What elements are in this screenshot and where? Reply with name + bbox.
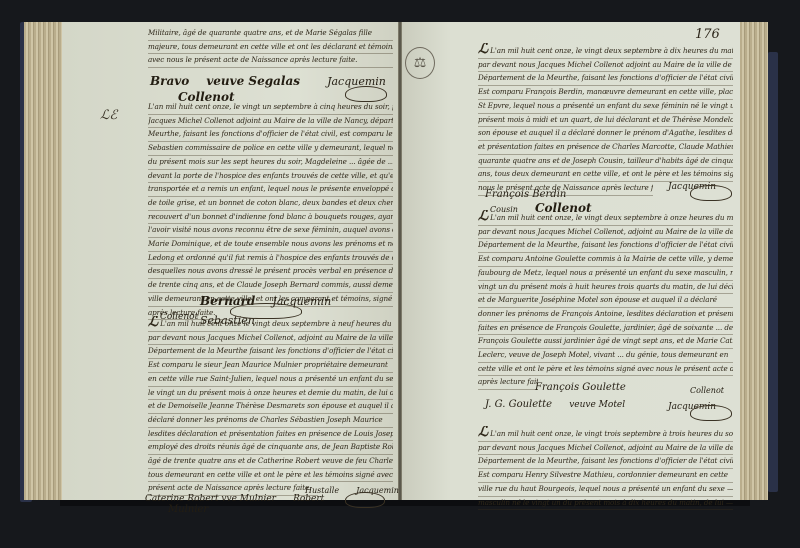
text-line: St Epvre, lequel nous a présenté un enfa… — [478, 100, 733, 114]
text: L'an mil huit cent onze, le vingt deux s… — [490, 46, 733, 55]
text-line: avec nous le présent acte de Naissance a… — [148, 54, 393, 68]
text-line: Militaire, âgé de quarante quatre ans, e… — [148, 27, 393, 41]
text-line: transportée et a remis un enfant, lequel… — [148, 183, 393, 197]
initial-letter: ℒ — [148, 316, 158, 330]
text-line: le vingt un du présent mois à onze heure… — [148, 387, 393, 401]
text-line: ℒ L'an mil huit cent onze le vingt deux … — [148, 316, 393, 332]
left-entry-2-text: L'an mil huit cent onze, le vingt un sep… — [148, 101, 393, 320]
text-line: vingt un du présent mois à huit heures t… — [478, 281, 733, 295]
text-line: employé des droits réunis âgé de cinquan… — [148, 441, 393, 455]
text-line: devant la porte de l'hospice des enfants… — [148, 170, 393, 184]
signature-flourish — [345, 86, 387, 102]
signature: Hustalle — [305, 486, 339, 495]
text-line: Est comparu Antoine Goulette commis à la… — [478, 253, 733, 267]
text-line: par devant nous Jacques Michel Collenot,… — [478, 226, 733, 240]
initial-letter: ℒ — [478, 426, 488, 440]
text-line: ℒ L'an mil huit cent onze, le vingt deux… — [478, 43, 733, 59]
text-line: du présent mois sur les sept heures du s… — [148, 156, 393, 170]
text-line: faubourg de Metz, lequel nous a présenté… — [478, 267, 733, 281]
initial-letter: ℒ — [478, 210, 488, 224]
text-line: faites en présence de François Goulette,… — [478, 322, 733, 336]
text: L'an mil huit cent onze, le vingt deux s… — [490, 213, 733, 222]
text-line: majeure, tous demeurant en cette ville e… — [148, 41, 393, 55]
text-line: Département de la Meurthe, faisant les f… — [478, 239, 733, 253]
left-entry-1-text: Militaire, âgé de quarante quatre ans, e… — [148, 27, 393, 68]
text-line: Est comparu le sieur Jean Maurice Mulnie… — [148, 359, 393, 373]
text-line: Jacques Michel Collenot adjoint au Maire… — [148, 115, 393, 129]
text-line: recouvert d'un bonnet d'indienne fond bl… — [148, 211, 393, 225]
text-line: desquelles nous avons dressé le présent … — [148, 265, 393, 279]
folio-number: 176 — [695, 27, 720, 42]
text-line: présent mois à midi et un quart, de lui … — [478, 114, 733, 128]
signature: veuve Motel — [569, 400, 625, 410]
text-line: Département de la Meurthe, faisant les f… — [478, 72, 733, 86]
initial-letter: ℒ — [478, 43, 488, 57]
text-line: donner les prénoms de François Antoine, … — [478, 308, 733, 322]
left-entry-3-text: ℒ L'an mil huit cent onze le vingt deux … — [148, 316, 393, 496]
seal-icon: ⚖ — [405, 47, 435, 79]
text: L'an mil huit cent onze le vingt deux se… — [160, 319, 393, 328]
text-line: Ledong et ordonné qu'il fut remis à l'ho… — [148, 252, 393, 266]
right-entry-1-text: ℒ L'an mil huit cent onze, le vingt deux… — [478, 43, 733, 196]
signature-mulnier: Mulnier — [168, 497, 220, 516]
text-line: Est comparu François Berdin, manœuvre de… — [478, 86, 733, 100]
text: L'an mil huit cent onze, le vingt trois … — [490, 429, 733, 438]
text-line: déclaré donner les prénoms de Charles Sé… — [148, 414, 393, 428]
signature: Mulnier — [168, 504, 208, 515]
page-edges-left — [24, 22, 62, 500]
right-entry-3-text: ℒ L'an mil huit cent onze, le vingt troi… — [478, 426, 733, 510]
book-cover-right — [768, 52, 778, 492]
text-line: son épouse et auquel il a déclaré donner… — [478, 127, 733, 141]
text-line: par devant nous Jacques Michel Collenot,… — [148, 332, 393, 346]
book-gutter — [398, 22, 402, 502]
text-line: Département de la Meurthe, faisant les f… — [478, 455, 733, 469]
text-line: masculin né le vingt un du présent mois … — [478, 497, 733, 511]
right-entry-2-signatures: J. G. Goulette veuve Motel — [485, 392, 637, 411]
margin-note: ℒℰ — [100, 108, 117, 123]
right-entry-2-text: ℒ L'an mil huit cent onze, le vingt deux… — [478, 210, 733, 390]
text-line: par devant nous Jacques Michel Collenot … — [478, 59, 733, 73]
text-line: Marie Dominique, et de toute ensemble no… — [148, 238, 393, 252]
text-line: Est comparu Henry Silvestre Mathieu, cor… — [478, 469, 733, 483]
text-line: et présentation faites en présence de Ch… — [478, 141, 733, 155]
text-line: ville rue du haut Bourgeois, lequel nous… — [478, 483, 733, 497]
page-edges-right — [740, 22, 768, 500]
text-line: quarante quatre ans et de Joseph Cousin,… — [478, 155, 733, 169]
text-line: ℒ L'an mil huit cent onze, le vingt troi… — [478, 426, 733, 442]
text-line: ℒ L'an mil huit cent onze, le vingt deux… — [478, 210, 733, 226]
text-line: Leclerc, veuve de Joseph Motel, vivant .… — [478, 349, 733, 363]
signature: J. G. Goulette — [485, 399, 552, 410]
text-line: Département de la Meurthe faisant les fo… — [148, 345, 393, 359]
text-line: Meurthe, faisant les fonctions d'officie… — [148, 128, 393, 142]
text-line: de toile grise, et un bonnet de coton bl… — [148, 197, 393, 211]
text-line: et de Marguerite Joséphine Motel son épo… — [478, 294, 733, 308]
text-line: et de Demoiselle Jeanne Thérèse Desmaret… — [148, 400, 393, 414]
signature-flourish — [690, 405, 732, 421]
text-line: L'an mil huit cent onze, le vingt un sep… — [148, 101, 393, 115]
text-line: après lecture faite. — [478, 376, 538, 390]
text-line: François Goulette aussi jardinier âgé de… — [478, 335, 733, 349]
text-line: en cette ville rue Saint-Julien, lequel … — [148, 373, 393, 387]
text-line: Sebastien commissaire de police en cette… — [148, 142, 393, 156]
signature-flourish — [690, 185, 732, 201]
text-line: lesdites déclaration et présentation fai… — [148, 428, 393, 442]
text-line: l'avoir visité nous avons reconnu être d… — [148, 224, 393, 238]
signature-flourish — [345, 492, 385, 508]
text-line: par devant nous Jacques Michel Collenot,… — [478, 442, 733, 456]
open-register-book: ℒℰ ⚖ 176 Militaire, âgé de quarante quat… — [0, 0, 800, 548]
text-line: âgé de trente quatre ans et de Catherine… — [148, 455, 393, 469]
